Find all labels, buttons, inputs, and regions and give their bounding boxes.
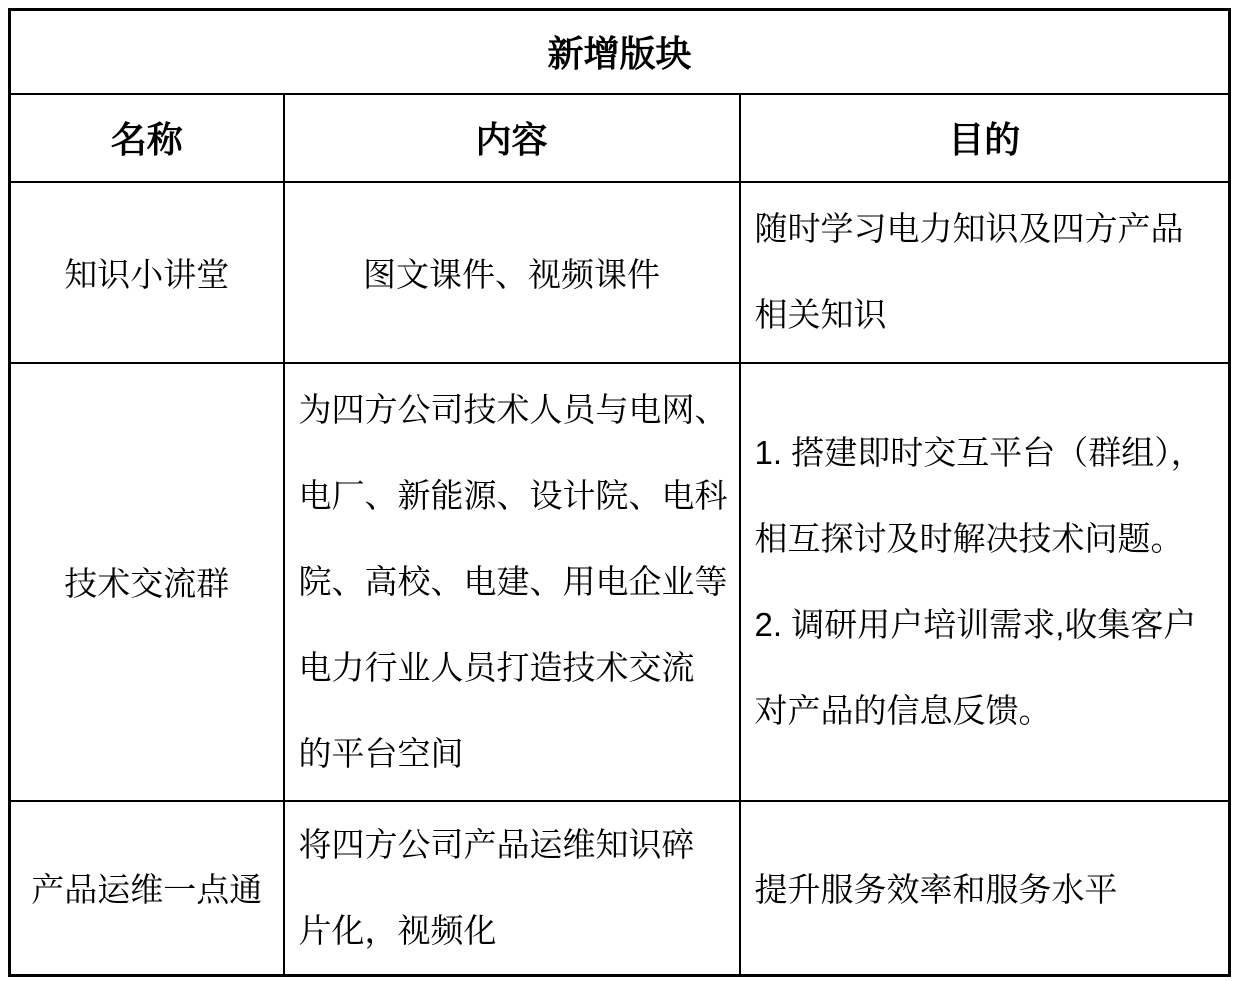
purpose-line: 相关知识 <box>755 272 1215 358</box>
cell-row2-purpose: 1. 搭建即时交互平台（群组）， 相互探讨及时解决技术问题。 2. 调研用户培训… <box>740 363 1230 801</box>
content-line: 为四方公司技术人员与电网、 <box>299 367 725 453</box>
document-page: 新增版块 名称 内容 目的 知识小讲堂 图文课件、视频课件 随时学习电力知识及四… <box>0 0 1240 981</box>
table-row: 产品运维一点通 将四方公司产品运维知识碎 片化，视频化 提升服务效率和服务水平 <box>10 801 1230 976</box>
new-sections-table: 新增版块 名称 内容 目的 知识小讲堂 图文课件、视频课件 随时学习电力知识及四… <box>8 8 1231 977</box>
purpose-line: 随时学习电力知识及四方产品 <box>755 186 1215 272</box>
cell-row3-content: 将四方公司产品运维知识碎 片化，视频化 <box>284 801 740 976</box>
table-title: 新增版块 <box>10 10 1230 94</box>
content-line: 将四方公司产品运维知识碎 <box>299 802 725 888</box>
cell-row3-name: 产品运维一点通 <box>10 801 284 976</box>
cell-row1-purpose: 随时学习电力知识及四方产品 相关知识 <box>740 182 1230 363</box>
content-line: 的平台空间 <box>299 711 725 797</box>
content-line: 片化，视频化 <box>299 888 725 974</box>
content-line: 电力行业人员打造技术交流 <box>299 625 725 711</box>
purpose-line: 相互探讨及时解决技术问题。 <box>755 496 1215 582</box>
cell-row1-content: 图文课件、视频课件 <box>284 182 740 363</box>
cell-row1-name: 知识小讲堂 <box>10 182 284 363</box>
column-header-name: 名称 <box>10 94 284 182</box>
cell-row2-name: 技术交流群 <box>10 363 284 801</box>
content-line: 电厂、新能源、设计院、电科 <box>299 453 725 539</box>
purpose-line: 2. 调研用户培训需求,收集客户 <box>755 582 1215 668</box>
cell-row2-content: 为四方公司技术人员与电网、 电厂、新能源、设计院、电科 院、高校、电建、用电企业… <box>284 363 740 801</box>
purpose-line: 对产品的信息反馈。 <box>755 668 1215 754</box>
purpose-line: 1. 搭建即时交互平台（群组）， <box>755 410 1215 496</box>
cell-row3-purpose: 提升服务效率和服务水平 <box>740 801 1230 976</box>
table-row: 知识小讲堂 图文课件、视频课件 随时学习电力知识及四方产品 相关知识 <box>10 182 1230 363</box>
content-line: 院、高校、电建、用电企业等 <box>299 539 725 625</box>
table-row: 技术交流群 为四方公司技术人员与电网、 电厂、新能源、设计院、电科 院、高校、电… <box>10 363 1230 801</box>
column-header-purpose: 目的 <box>740 94 1230 182</box>
column-header-content: 内容 <box>284 94 740 182</box>
